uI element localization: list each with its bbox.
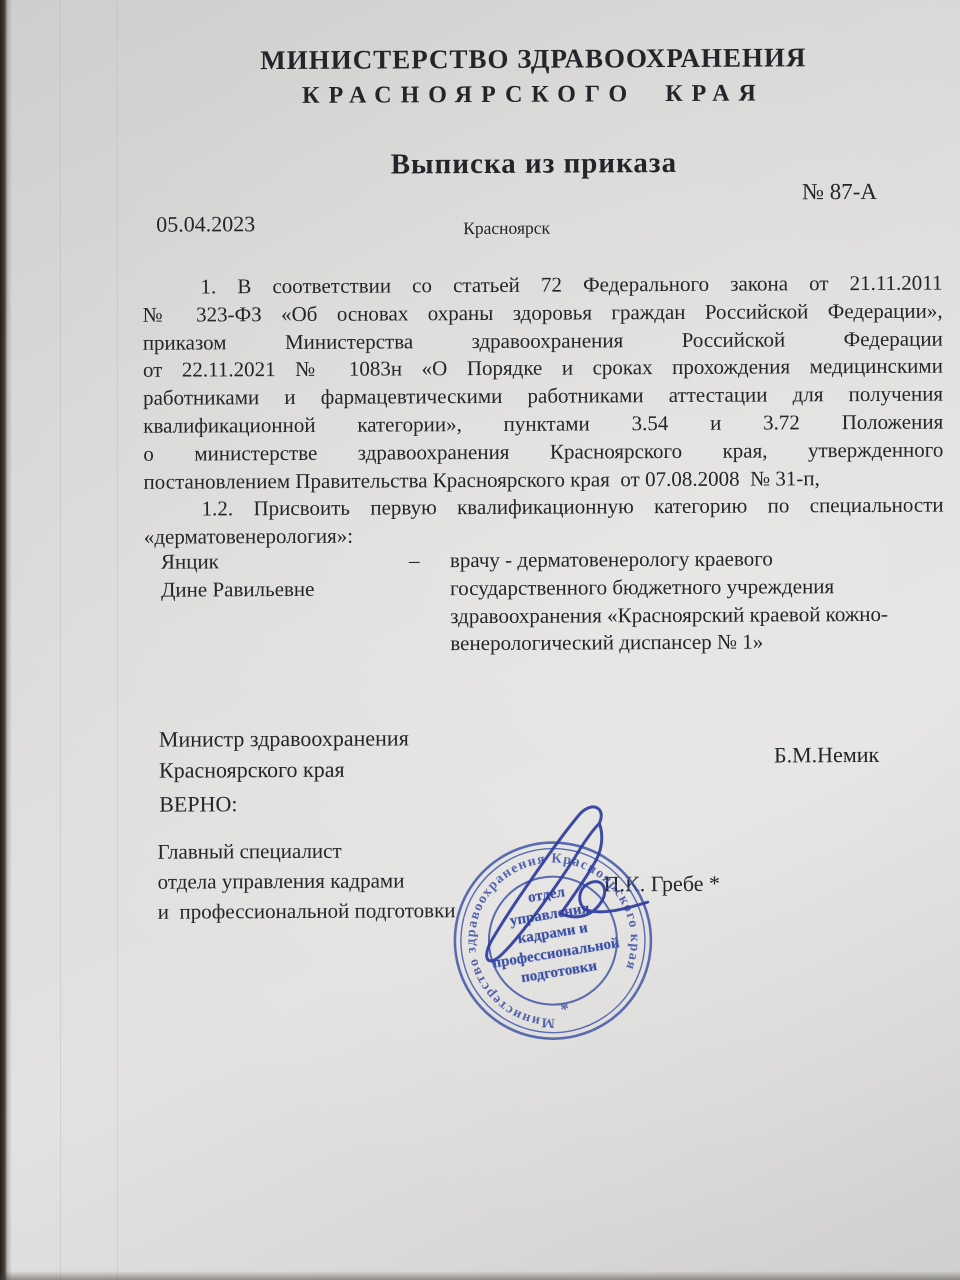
- text-line: от 22.11.2021 № 1083н «О Порядке и срока…: [143, 353, 943, 385]
- ministry-name-line1: МИНИСТЕРСТВО ЗДРАВООХРАНЕНИЯ: [93, 41, 960, 77]
- text-line: Дине Равильевне: [161, 576, 315, 605]
- text-line: Янцик: [161, 548, 315, 577]
- minister-position-line2: Красноярского края: [159, 753, 409, 785]
- text-line: приказом Министерства здравоохранения Ро…: [143, 325, 943, 357]
- minister-position: Министр здравоохранения Красноярского кр…: [159, 722, 409, 785]
- text-line: здравоохранения «Красноярский краевой ко…: [450, 600, 930, 630]
- scanned-document-photo: МИНИСТЕРСТВО ЗДРАВООХРАНЕНИЯ КРАСНОЯРСКО…: [0, 0, 960, 1280]
- text-line: о министерстве здравоохранения Красноярс…: [143, 436, 943, 468]
- text-line: Главный специалист: [157, 835, 455, 867]
- text-line: государственного бюджетного учреждения: [450, 572, 930, 602]
- minister-name: Б.М.Немик: [774, 742, 879, 769]
- document-content: МИНИСТЕРСТВО ЗДРАВООХРАНЕНИЯ КРАСНОЯРСКО…: [0, 0, 960, 1280]
- text-line: квалификационной категории», пунктами 3.…: [143, 409, 943, 441]
- text-line: 1.2. Присвоить первую квалификационную к…: [144, 492, 944, 524]
- recipient-description: врачу - дерматовенерологу краевогогосуда…: [450, 545, 931, 659]
- text-line: врачу - дерматовенерологу краевого: [450, 545, 930, 575]
- letterhead: МИНИСТЕРСТВО ЗДРАВООХРАНЕНИЯ КРАСНОЯРСКО…: [93, 41, 960, 111]
- text-line: постановлением Правительства Красноярско…: [143, 464, 943, 496]
- recipient-dash: –: [409, 547, 420, 575]
- order-body-paragraph: 1. В соответствии со статьей 72 Федераль…: [142, 270, 943, 552]
- text-line: отдела управления кадрами: [158, 865, 456, 897]
- text-line: венерологический диспансер № 1»: [450, 628, 930, 658]
- ministry-name-line2: КРАСНОЯРСКОГО КРАЯ: [93, 79, 960, 111]
- verification-mark: ВЕРНО:: [159, 791, 237, 817]
- text-line: и профессиональной подготовки: [158, 895, 456, 927]
- certifier-position: Главный специалистотдела управления кадр…: [157, 835, 455, 927]
- stamp-center-text: отделуправлениякадрами ипрофессиональной…: [451, 871, 654, 998]
- text-line: 1. В соответствии со статьей 72 Федераль…: [142, 270, 942, 302]
- text-line: № 323-ФЗ «Об основах охраны здоровья гра…: [143, 297, 943, 329]
- recipient-name: ЯнцикДине Равильевне: [161, 548, 315, 604]
- document-date: 05.04.2023: [156, 211, 255, 238]
- minister-position-line1: Министр здравоохранения: [159, 722, 409, 754]
- text-line: работниками и фармацевтическими работник…: [143, 381, 943, 413]
- document-title: Выписка из приказа: [94, 145, 960, 183]
- stamp-star: *: [559, 999, 571, 1019]
- document-city: Красноярск: [463, 218, 550, 239]
- order-number: № 87-А: [802, 179, 877, 205]
